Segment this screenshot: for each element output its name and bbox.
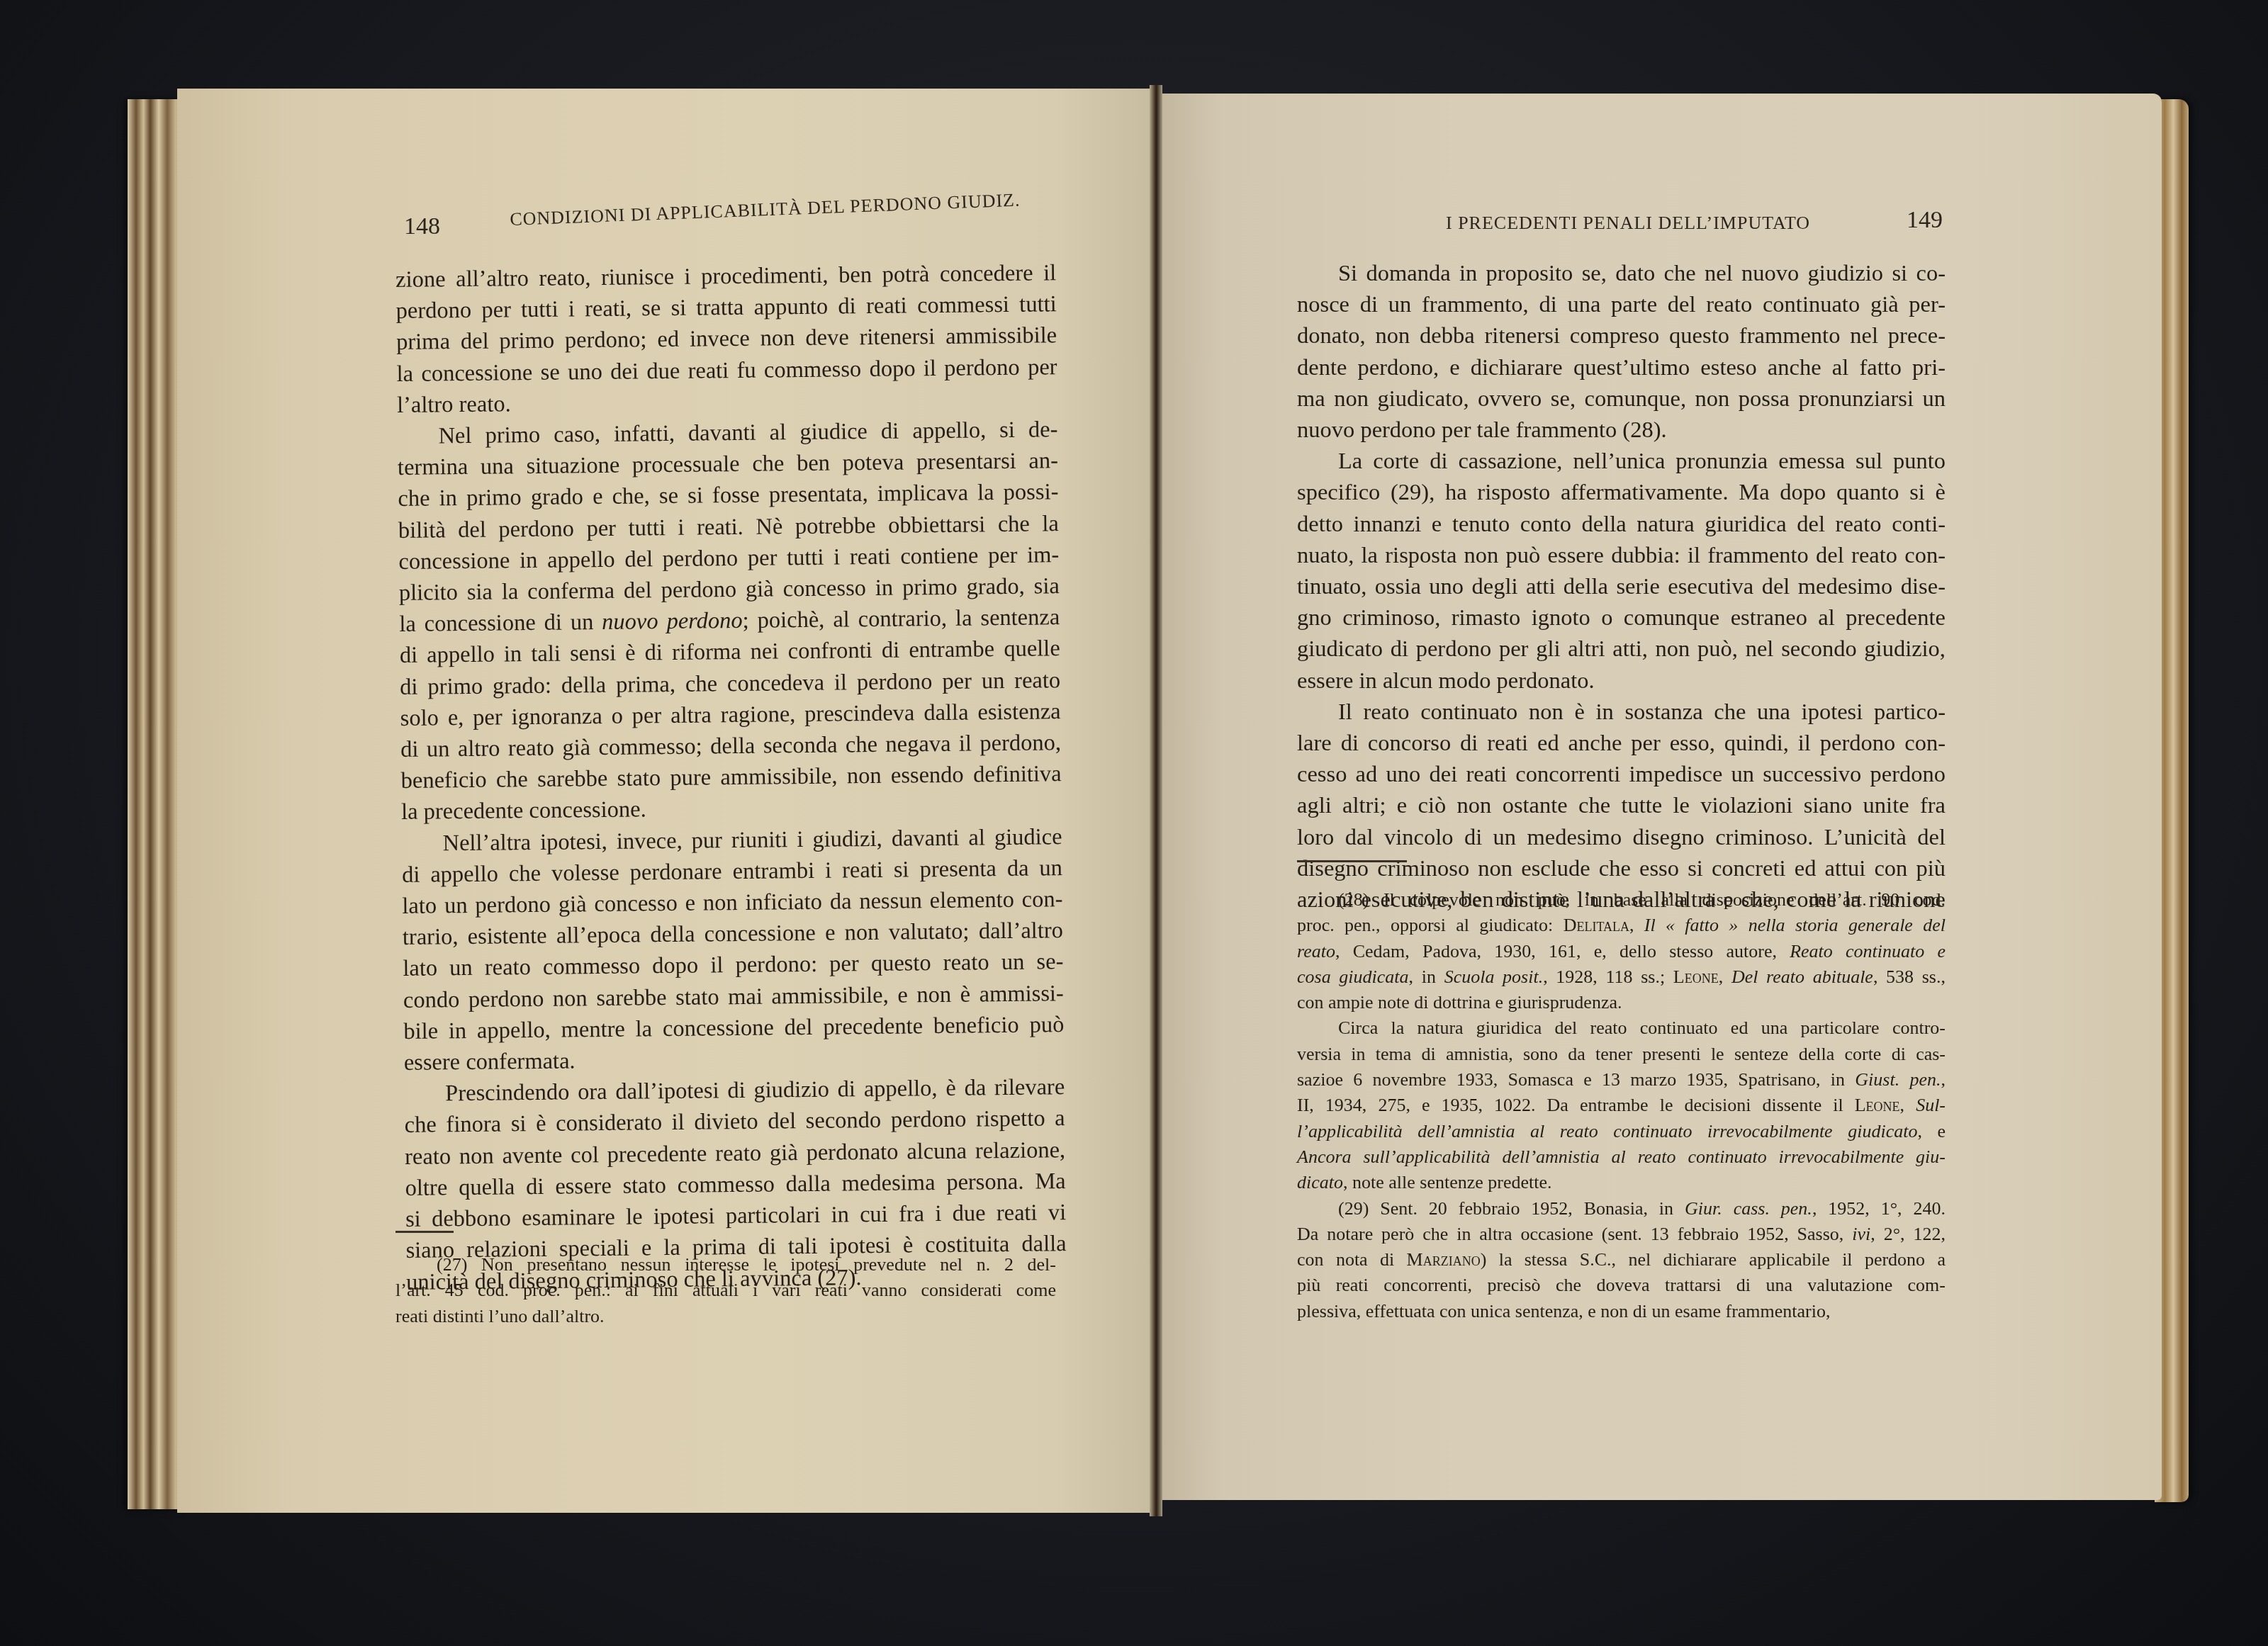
footnote-line: cosa giudicata, in Scuola posit., 1928, … xyxy=(1297,964,1946,990)
footnote-line: (29) Sent. 20 febbraio 1952, Bonasia, in… xyxy=(1297,1196,1946,1222)
open-book: 148 CONDIZIONI DI APPLICABILITÀ DEL PERD… xyxy=(0,0,2268,1646)
footnote: Circa la natura giuridica del reato cont… xyxy=(1297,1015,1946,1195)
footnote-line: reato, Cedam, Padova, 1930, 161, e, dell… xyxy=(1297,939,1946,964)
right-text-line: loro dal vincolo di un medesimo disegno … xyxy=(1297,822,1946,853)
running-head-right: I PRECEDENTI PENALI DELL’IMPUTATO xyxy=(1446,213,1810,234)
footnote-line: reati distinti l’uno dall’altro. xyxy=(395,1304,1056,1329)
footnote-line: versia in tema di amnistia, sono da tene… xyxy=(1297,1042,1946,1067)
footnote-line: (28) Il colpevole non può, in base alla … xyxy=(1297,887,1946,913)
right-text-line: nuato, la risposta non può essere dubbia… xyxy=(1297,540,1946,571)
footnote-line: II, 1934, 275, e 1935, 1022. Da entrambe… xyxy=(1297,1093,1946,1118)
right-text-line: cesso ad uno dei reati concorrenti imped… xyxy=(1297,759,1946,790)
footnote-line: l’art. 45 cod. proc. pen.: ai fini attua… xyxy=(395,1278,1056,1303)
body-text-right: Si domanda in proposito se, dato che nel… xyxy=(1297,258,1946,915)
right-text-line: disegno criminoso non esclude che esso s… xyxy=(1297,853,1946,884)
right-text-line: ma non giudicato, ovvero se, comunque, n… xyxy=(1297,383,1946,415)
footnote-line: con ampie note di dottrina e giurisprude… xyxy=(1297,990,1946,1015)
right-page: I PRECEDENTI PENALI DELL’IMPUTATO 149 Si… xyxy=(1162,94,2162,1500)
right-text-line: nosce di un frammento, di una parte del … xyxy=(1297,289,1946,320)
right-text-line: donato, non debba ritenersi compreso que… xyxy=(1297,320,1946,351)
body-text-left: zione all’altro reato, riunisce i proced… xyxy=(395,257,1067,1297)
right-text-line: specifico (29), ha risposto affermativam… xyxy=(1297,477,1946,508)
right-text-line: La corte di cassazione, nell’unica pronu… xyxy=(1297,446,1946,477)
footnote-line: Circa la natura giuridica del reato cont… xyxy=(1297,1015,1946,1041)
footnote-line: con nota di Marziano) la stessa S.C., ne… xyxy=(1297,1247,1946,1273)
footnote-line: l’applicabilità dell’amnistia al reato c… xyxy=(1297,1119,1946,1144)
page-number-left: 148 xyxy=(404,213,440,240)
footnote-line: Ancora sull’applicabilità dell’amnistia … xyxy=(1297,1144,1946,1170)
footnote-line: dicato, note alle sentenze predette. xyxy=(1297,1170,1946,1195)
footnote-line: (27) Non presentano nessun interesse le … xyxy=(395,1252,1056,1278)
right-text-line: agli altri; e ciò non ostante che tutte … xyxy=(1297,790,1946,821)
right-text-line: Il reato continuato non è in sostanza ch… xyxy=(1297,697,1946,728)
running-head-left: CONDIZIONI DI APPLICABILITÀ DEL PERDONO … xyxy=(510,189,1021,230)
footnote-line: plessiva, effettuata con unica sentenza,… xyxy=(1297,1299,1946,1324)
footnote-line: Da notare però che in altra occasione (s… xyxy=(1297,1222,1946,1247)
footnotes-right: (28) Il colpevole non può, in base alla … xyxy=(1297,887,1946,1324)
right-text-line: dente perdono, e dichiarare quest’ultimo… xyxy=(1297,352,1946,383)
right-text-line: gno criminoso, rimasto ignoto o comunque… xyxy=(1297,602,1946,633)
footnote-rule-left xyxy=(395,1231,454,1233)
page-number-right: 149 xyxy=(1907,207,1943,234)
book-gutter xyxy=(1150,85,1162,1516)
page-edges-left xyxy=(128,99,184,1509)
right-text-line: nuovo perdono per tale frammento (28). xyxy=(1297,415,1946,446)
right-text-line: tinuato, ossia uno degli atti della seri… xyxy=(1297,571,1946,602)
right-text-line: giudicato di perdono per gli altri atti,… xyxy=(1297,633,1946,665)
footnote-line: proc. pen., opporsi al giudicato: Delita… xyxy=(1297,913,1946,938)
right-text-line: detto innanzi e tenuto conto della natur… xyxy=(1297,509,1946,540)
footnote-line: sazioe 6 novembre 1933, Somasca e 13 mar… xyxy=(1297,1067,1946,1093)
footnote: (27) Non presentano nessun interesse le … xyxy=(395,1252,1056,1329)
footnote: (29) Sent. 20 febbraio 1952, Bonasia, in… xyxy=(1297,1196,1946,1324)
footnotes-left: (27) Non presentano nessun interesse le … xyxy=(395,1252,1056,1329)
footnote-line: più reati concorrenti, precisò che dovev… xyxy=(1297,1273,1946,1298)
left-page: 148 CONDIZIONI DI APPLICABILITÀ DEL PERD… xyxy=(177,89,1152,1513)
footnote: (28) Il colpevole non può, in base alla … xyxy=(1297,887,1946,1015)
right-text-line: Si domanda in proposito se, dato che nel… xyxy=(1297,258,1946,289)
footnote-rule-right xyxy=(1297,860,1407,862)
right-text-line: essere in alcun modo perdonato. xyxy=(1297,665,1946,697)
right-text-line: lare di concorso di reati ed anche per e… xyxy=(1297,728,1946,759)
